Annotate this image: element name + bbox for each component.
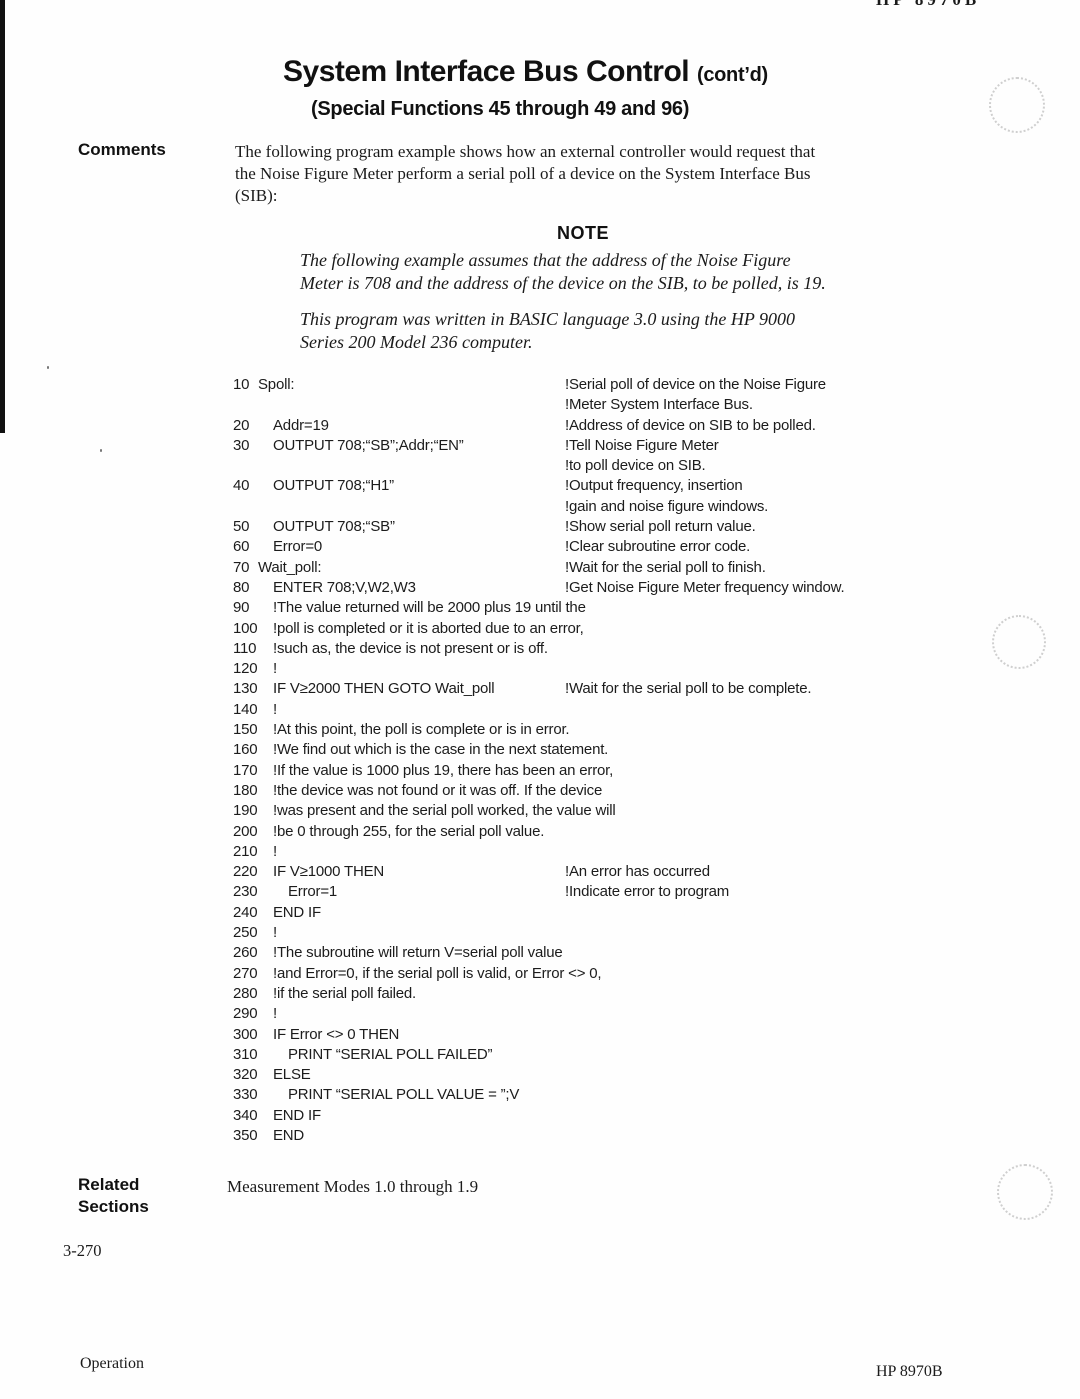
- program-row: 230Error=1!Indicate error to program: [233, 883, 1013, 903]
- program-line-number: 20: [233, 417, 249, 434]
- note-paragraph-2: This program was written in BASIC langua…: [300, 308, 940, 354]
- program-line-number: 310: [233, 1046, 257, 1063]
- program-row: 330PRINT “SERIAL POLL VALUE = ”;V: [233, 1086, 1013, 1106]
- program-code: Spoll:: [258, 376, 294, 393]
- program-code: PRINT “SERIAL POLL FAILED”: [288, 1046, 492, 1063]
- program-line-number: 230: [233, 883, 257, 900]
- program-row: 40OUTPUT 708;“H1”!Output frequency, inse…: [233, 477, 1013, 497]
- program-code: Error=1: [288, 883, 337, 900]
- note-line: This program was written in BASIC langua…: [300, 308, 940, 331]
- program-comment: !Get Noise Figure Meter frequency window…: [565, 579, 844, 596]
- program-code: ELSE: [273, 1066, 311, 1083]
- program-row: 340END IF: [233, 1107, 1013, 1127]
- program-code: !If the value is 1000 plus 19, there has…: [273, 762, 613, 779]
- footer-model-number: HP 8970B: [876, 1363, 943, 1381]
- program-row: 70Wait_poll:!Wait for the serial poll to…: [233, 559, 1013, 579]
- program-row: 300IF Error <> 0 THEN: [233, 1026, 1013, 1046]
- program-code: !At this point, the poll is complete or …: [273, 721, 569, 738]
- program-code: PRINT “SERIAL POLL VALUE = ”;V: [288, 1086, 519, 1103]
- program-code: !: [273, 1005, 277, 1022]
- running-head-text: HP 8970B: [876, 0, 1036, 10]
- note-line: The following example assumes that the a…: [300, 249, 940, 272]
- program-comment: !Serial poll of device on the Noise Figu…: [565, 376, 826, 393]
- comments-label: Comments: [78, 140, 166, 160]
- related-label-line: Sections: [78, 1196, 149, 1218]
- program-code: ENTER 708;V,W2,W3: [273, 579, 416, 596]
- program-line-number: 140: [233, 701, 257, 718]
- program-row: 130IF V≥2000 THEN GOTO Wait_poll!Wait fo…: [233, 680, 1013, 700]
- program-line-number: 220: [233, 863, 257, 880]
- program-row: 160!We find out which is the case in the…: [233, 741, 1013, 761]
- program-row: 280!if the serial poll failed.: [233, 985, 1013, 1005]
- program-code: IF V≥2000 THEN GOTO Wait_poll: [273, 680, 494, 697]
- program-line-number: 240: [233, 904, 257, 921]
- program-line-number: 70: [233, 559, 249, 576]
- running-head-clipped: HP 8970B: [876, 0, 1036, 14]
- program-comment: !Show serial poll return value.: [565, 518, 756, 535]
- scan-edge-artifact: [0, 0, 5, 433]
- program-listing: 10Spoll:!Serial poll of device on the No…: [233, 376, 1013, 1147]
- program-code: Addr=19: [273, 417, 329, 434]
- program-code: !was present and the serial poll worked,…: [273, 802, 616, 819]
- program-code: END IF: [273, 1107, 321, 1124]
- program-row: 260!The subroutine will return V=serial …: [233, 944, 1013, 964]
- note-line: Meter is 708 and the address of the devi…: [300, 272, 940, 295]
- program-line-number: 160: [233, 741, 257, 758]
- page-subtitle: (Special Functions 45 through 49 and 96): [311, 98, 689, 121]
- program-line-number: 190: [233, 802, 257, 819]
- program-row: 270!and Error=0, if the serial poll is v…: [233, 965, 1013, 985]
- program-line-number: 290: [233, 1005, 257, 1022]
- related-sections-text: Measurement Modes 1.0 through 1.9: [227, 1177, 478, 1197]
- program-comment: !Tell Noise Figure Meter: [565, 437, 719, 454]
- comments-line: the Noise Figure Meter perform a serial …: [235, 163, 980, 185]
- program-code: IF Error <> 0 THEN: [273, 1026, 399, 1043]
- program-code: !such as, the device is not present or i…: [273, 640, 548, 657]
- page-number: 3-270: [63, 1241, 102, 1261]
- program-row: 240END IF: [233, 904, 1013, 924]
- program-line-number: 90: [233, 599, 249, 616]
- program-line-number: 280: [233, 985, 257, 1002]
- program-row: 350END: [233, 1127, 1013, 1147]
- program-code: OUTPUT 708;“H1”: [273, 477, 394, 494]
- program-line-number: 260: [233, 944, 257, 961]
- program-line-number: 350: [233, 1127, 257, 1144]
- program-line-number: 150: [233, 721, 257, 738]
- program-row: 220IF V≥1000 THEN!An error has occurred: [233, 863, 1013, 883]
- program-row: 170!If the value is 1000 plus 19, there …: [233, 762, 1013, 782]
- related-label-line: Related: [78, 1174, 149, 1196]
- program-comment: !Wait for the serial poll to finish.: [565, 559, 766, 576]
- program-row: 310PRINT “SERIAL POLL FAILED”: [233, 1046, 1013, 1066]
- program-comment: !to poll device on SIB.: [565, 457, 706, 474]
- program-row: 250!: [233, 924, 1013, 944]
- program-row: !Meter System Interface Bus.: [233, 396, 1013, 416]
- note-line: Series 200 Model 236 computer.: [300, 331, 940, 354]
- program-code: Wait_poll:: [258, 559, 321, 576]
- program-code: END: [273, 1127, 304, 1144]
- related-sections-label: Related Sections: [78, 1174, 149, 1218]
- comments-paragraph: The following program example shows how …: [235, 141, 980, 207]
- program-row: 80ENTER 708;V,W2,W3!Get Noise Figure Met…: [233, 579, 1013, 599]
- program-row: 60Error=0!Clear subroutine error code.: [233, 538, 1013, 558]
- program-line-number: 10: [233, 376, 249, 393]
- program-row: !gain and noise figure windows.: [233, 498, 1013, 518]
- scan-speck: [100, 449, 102, 452]
- program-code: !The value returned will be 2000 plus 19…: [273, 599, 586, 616]
- program-comment: !gain and noise figure windows.: [565, 498, 768, 515]
- program-row: 210!: [233, 843, 1013, 863]
- manual-page: HP 8970B System Interface Bus Control (c…: [0, 0, 1080, 1399]
- program-line-number: 130: [233, 680, 257, 697]
- program-code: !: [273, 843, 277, 860]
- program-code: !poll is completed or it is aborted due …: [273, 620, 584, 637]
- program-comment: !An error has occurred: [565, 863, 710, 880]
- program-line-number: 320: [233, 1066, 257, 1083]
- program-row: 290!: [233, 1005, 1013, 1025]
- program-line-number: 170: [233, 762, 257, 779]
- program-row: 110!such as, the device is not present o…: [233, 640, 1013, 660]
- program-line-number: 270: [233, 965, 257, 982]
- program-line-number: 50: [233, 518, 249, 535]
- page-title-main: System Interface Bus Control: [283, 55, 689, 88]
- program-code: !the device was not found or it was off.…: [273, 782, 602, 799]
- scan-circle-artifact: [989, 77, 1045, 133]
- program-comment: !Clear subroutine error code.: [565, 538, 750, 555]
- program-row: 150!At this point, the poll is complete …: [233, 721, 1013, 741]
- program-code: Error=0: [273, 538, 322, 555]
- program-row: 180!the device was not found or it was o…: [233, 782, 1013, 802]
- program-row: 20Addr=19!Address of device on SIB to be…: [233, 417, 1013, 437]
- note-paragraph-1: The following example assumes that the a…: [300, 249, 940, 295]
- program-line-number: 100: [233, 620, 257, 637]
- program-code: !We find out which is the case in the ne…: [273, 741, 608, 758]
- program-code: !be 0 through 255, for the serial poll v…: [273, 823, 544, 840]
- program-comment: !Output frequency, insertion: [565, 477, 743, 494]
- program-comment: !Indicate error to program: [565, 883, 729, 900]
- program-line-number: 40: [233, 477, 249, 494]
- program-line-number: 110: [233, 640, 256, 657]
- program-line-number: 330: [233, 1086, 257, 1103]
- program-row: 100!poll is completed or it is aborted d…: [233, 620, 1013, 640]
- program-line-number: 340: [233, 1107, 257, 1124]
- program-row: 140!: [233, 701, 1013, 721]
- program-line-number: 120: [233, 660, 257, 677]
- program-line-number: 180: [233, 782, 257, 799]
- program-code: OUTPUT 708;“SB”: [273, 518, 395, 535]
- program-code: END IF: [273, 904, 321, 921]
- program-row: 10Spoll:!Serial poll of device on the No…: [233, 376, 1013, 396]
- program-code: !and Error=0, if the serial poll is vali…: [273, 965, 601, 982]
- comments-line: The following program example shows how …: [235, 141, 980, 163]
- footer-section-name: Operation: [80, 1355, 144, 1373]
- comments-line: (SIB):: [235, 185, 980, 207]
- program-code: !The subroutine will return V=serial pol…: [273, 944, 563, 961]
- program-row: 50OUTPUT 708;“SB”!Show serial poll retur…: [233, 518, 1013, 538]
- program-line-number: 80: [233, 579, 249, 596]
- program-code: !: [273, 701, 277, 718]
- page-title: System Interface Bus Control (cont’d): [283, 55, 768, 89]
- program-row: 200!be 0 through 255, for the serial pol…: [233, 823, 1013, 843]
- program-line-number: 30: [233, 437, 249, 454]
- program-code: OUTPUT 708;“SB”;Addr;“EN”: [273, 437, 464, 454]
- program-code: IF V≥1000 THEN: [273, 863, 384, 880]
- scan-speck: [47, 366, 49, 369]
- program-comment: !Meter System Interface Bus.: [565, 396, 753, 413]
- program-line-number: 60: [233, 538, 249, 555]
- program-comment: !Address of device on SIB to be polled.: [565, 417, 816, 434]
- page-title-suffix: (cont’d): [697, 64, 768, 86]
- program-line-number: 210: [233, 843, 257, 860]
- program-row: 320ELSE: [233, 1066, 1013, 1086]
- program-line-number: 250: [233, 924, 257, 941]
- program-code: !: [273, 660, 277, 677]
- program-line-number: 200: [233, 823, 257, 840]
- note-heading: NOTE: [233, 223, 933, 244]
- program-row: !to poll device on SIB.: [233, 457, 1013, 477]
- program-row: 120!: [233, 660, 1013, 680]
- scan-circle-artifact: [997, 1164, 1053, 1220]
- program-row: 30OUTPUT 708;“SB”;Addr;“EN”!Tell Noise F…: [233, 437, 1013, 457]
- program-code: !if the serial poll failed.: [273, 985, 416, 1002]
- program-comment: !Wait for the serial poll to be complete…: [565, 680, 811, 697]
- program-row: 90!The value returned will be 2000 plus …: [233, 599, 1013, 619]
- program-line-number: 300: [233, 1026, 257, 1043]
- program-code: !: [273, 924, 277, 941]
- program-row: 190!was present and the serial poll work…: [233, 802, 1013, 822]
